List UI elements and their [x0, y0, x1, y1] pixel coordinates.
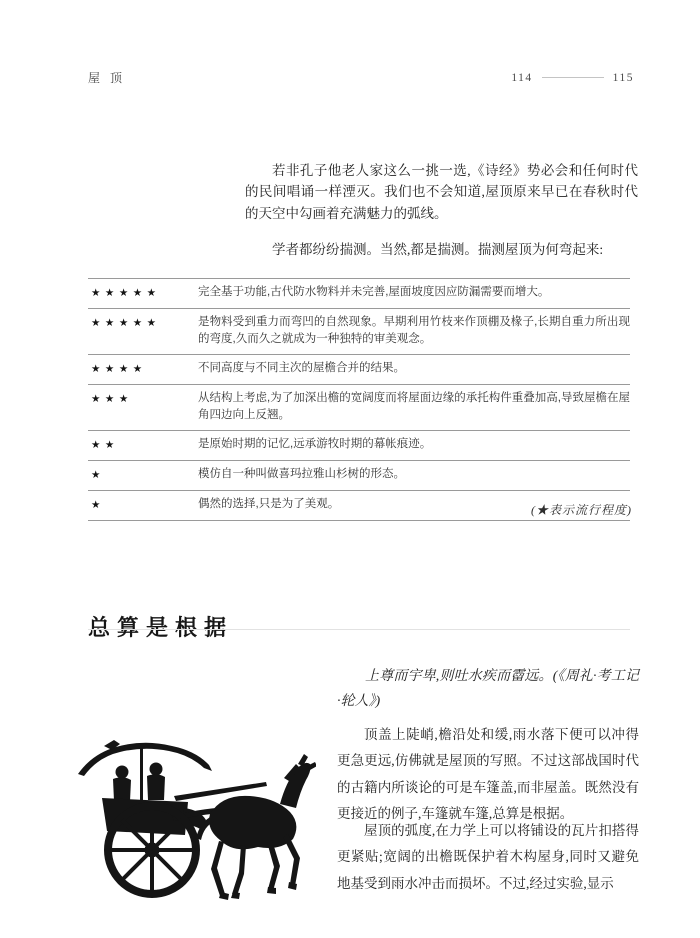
rating-description: 从结构上考虑,为了加深出檐的宽阔度而将屋面边缘的承托构件重叠加高,导致屋檐在屋角…	[198, 390, 630, 424]
classical-quote: 上尊而宇卑,则吐水疾而霤远。(《周礼·考工记·轮人》)	[337, 665, 639, 714]
page-numbers: 114 115	[511, 72, 634, 84]
han-chariot-illustration	[74, 738, 316, 906]
roof-curve-theories-table: ★★★★★ 完全基于功能,古代防水物料并未完善,屋面坡度因应防漏需要而增大。 ★…	[88, 278, 630, 521]
star-rating: ★★★★★	[88, 314, 198, 348]
page-number-divider	[542, 77, 604, 78]
intro-paragraph-1: 若非孔子他老人家这么一挑一选,《诗经》势必会和任何时代的民间唱诵一样湮灭。我们也…	[245, 160, 638, 225]
section-heading-rule	[88, 629, 630, 630]
body-paragraph-2: 屋顶的弧度,在力学上可以将铺设的瓦片扣搭得更紧贴;宽阔的出檐既保护着木构屋身,同…	[337, 818, 639, 898]
rating-description: 是物料受到重力而弯凹的自然现象。早期利用竹枝来作顶棚及椽子,长期自重力所出现的弯…	[198, 314, 630, 348]
star-rating: ★★★★	[88, 360, 198, 378]
rating-description: 是原始时期的记忆,远承游牧时期的幕帐痕迹。	[198, 436, 630, 454]
rating-description: 不同高度与不同主次的屋檐合并的结果。	[198, 360, 630, 378]
page-number-left: 114	[511, 72, 532, 84]
star-rating: ★★	[88, 436, 198, 454]
table-row: ★★★ 从结构上考虑,为了加深出檐的宽阔度而将屋面边缘的承托构件重叠加高,导致屋…	[88, 384, 630, 430]
book-page: 屋顶 114 115 若非孔子他老人家这么一挑一选,《诗经》势必会和任何时代的民…	[0, 0, 700, 938]
body-paragraph-1: 顶盖上陡峭,檐沿处和缓,雨水落下便可以冲得更急更远,仿佛就是屋顶的写照。不过这部…	[337, 722, 639, 828]
table-row: ★ 模仿自一种叫做喜玛拉雅山杉树的形态。	[88, 460, 630, 490]
page-number-right: 115	[613, 72, 634, 84]
running-head-title: 屋顶	[88, 69, 132, 86]
star-rating: ★★★	[88, 390, 198, 424]
table-row: ★★ 是原始时期的记忆,远承游牧时期的幕帐痕迹。	[88, 430, 630, 460]
section-heading: 总算是根据	[88, 611, 233, 642]
rating-description: 完全基于功能,古代防水物料并未完善,屋面坡度因应防漏需要而增大。	[198, 284, 630, 302]
table-row: ★★★★ 不同高度与不同主次的屋檐合并的结果。	[88, 354, 630, 384]
table-row: ★★★★★ 完全基于功能,古代防水物料并未完善,屋面坡度因应防漏需要而增大。	[88, 278, 630, 308]
star-rating: ★	[88, 466, 198, 484]
page-header: 屋顶 114 115	[88, 69, 634, 86]
star-rating: ★★★★★	[88, 284, 198, 302]
star-rating: ★	[88, 496, 198, 514]
chariot-rubbing-svg	[74, 738, 316, 906]
intro-paragraph-2: 学者都纷纷揣测。当然,都是揣测。揣测屋顶为何弯起来:	[245, 239, 638, 261]
table-legend-note: (★表示流行程度)	[531, 501, 632, 518]
table-row: ★★★★★ 是物料受到重力而弯凹的自然现象。早期利用竹枝来作顶棚及椽子,长期自重…	[88, 308, 630, 354]
rating-description: 模仿自一种叫做喜玛拉雅山杉树的形态。	[198, 466, 630, 484]
